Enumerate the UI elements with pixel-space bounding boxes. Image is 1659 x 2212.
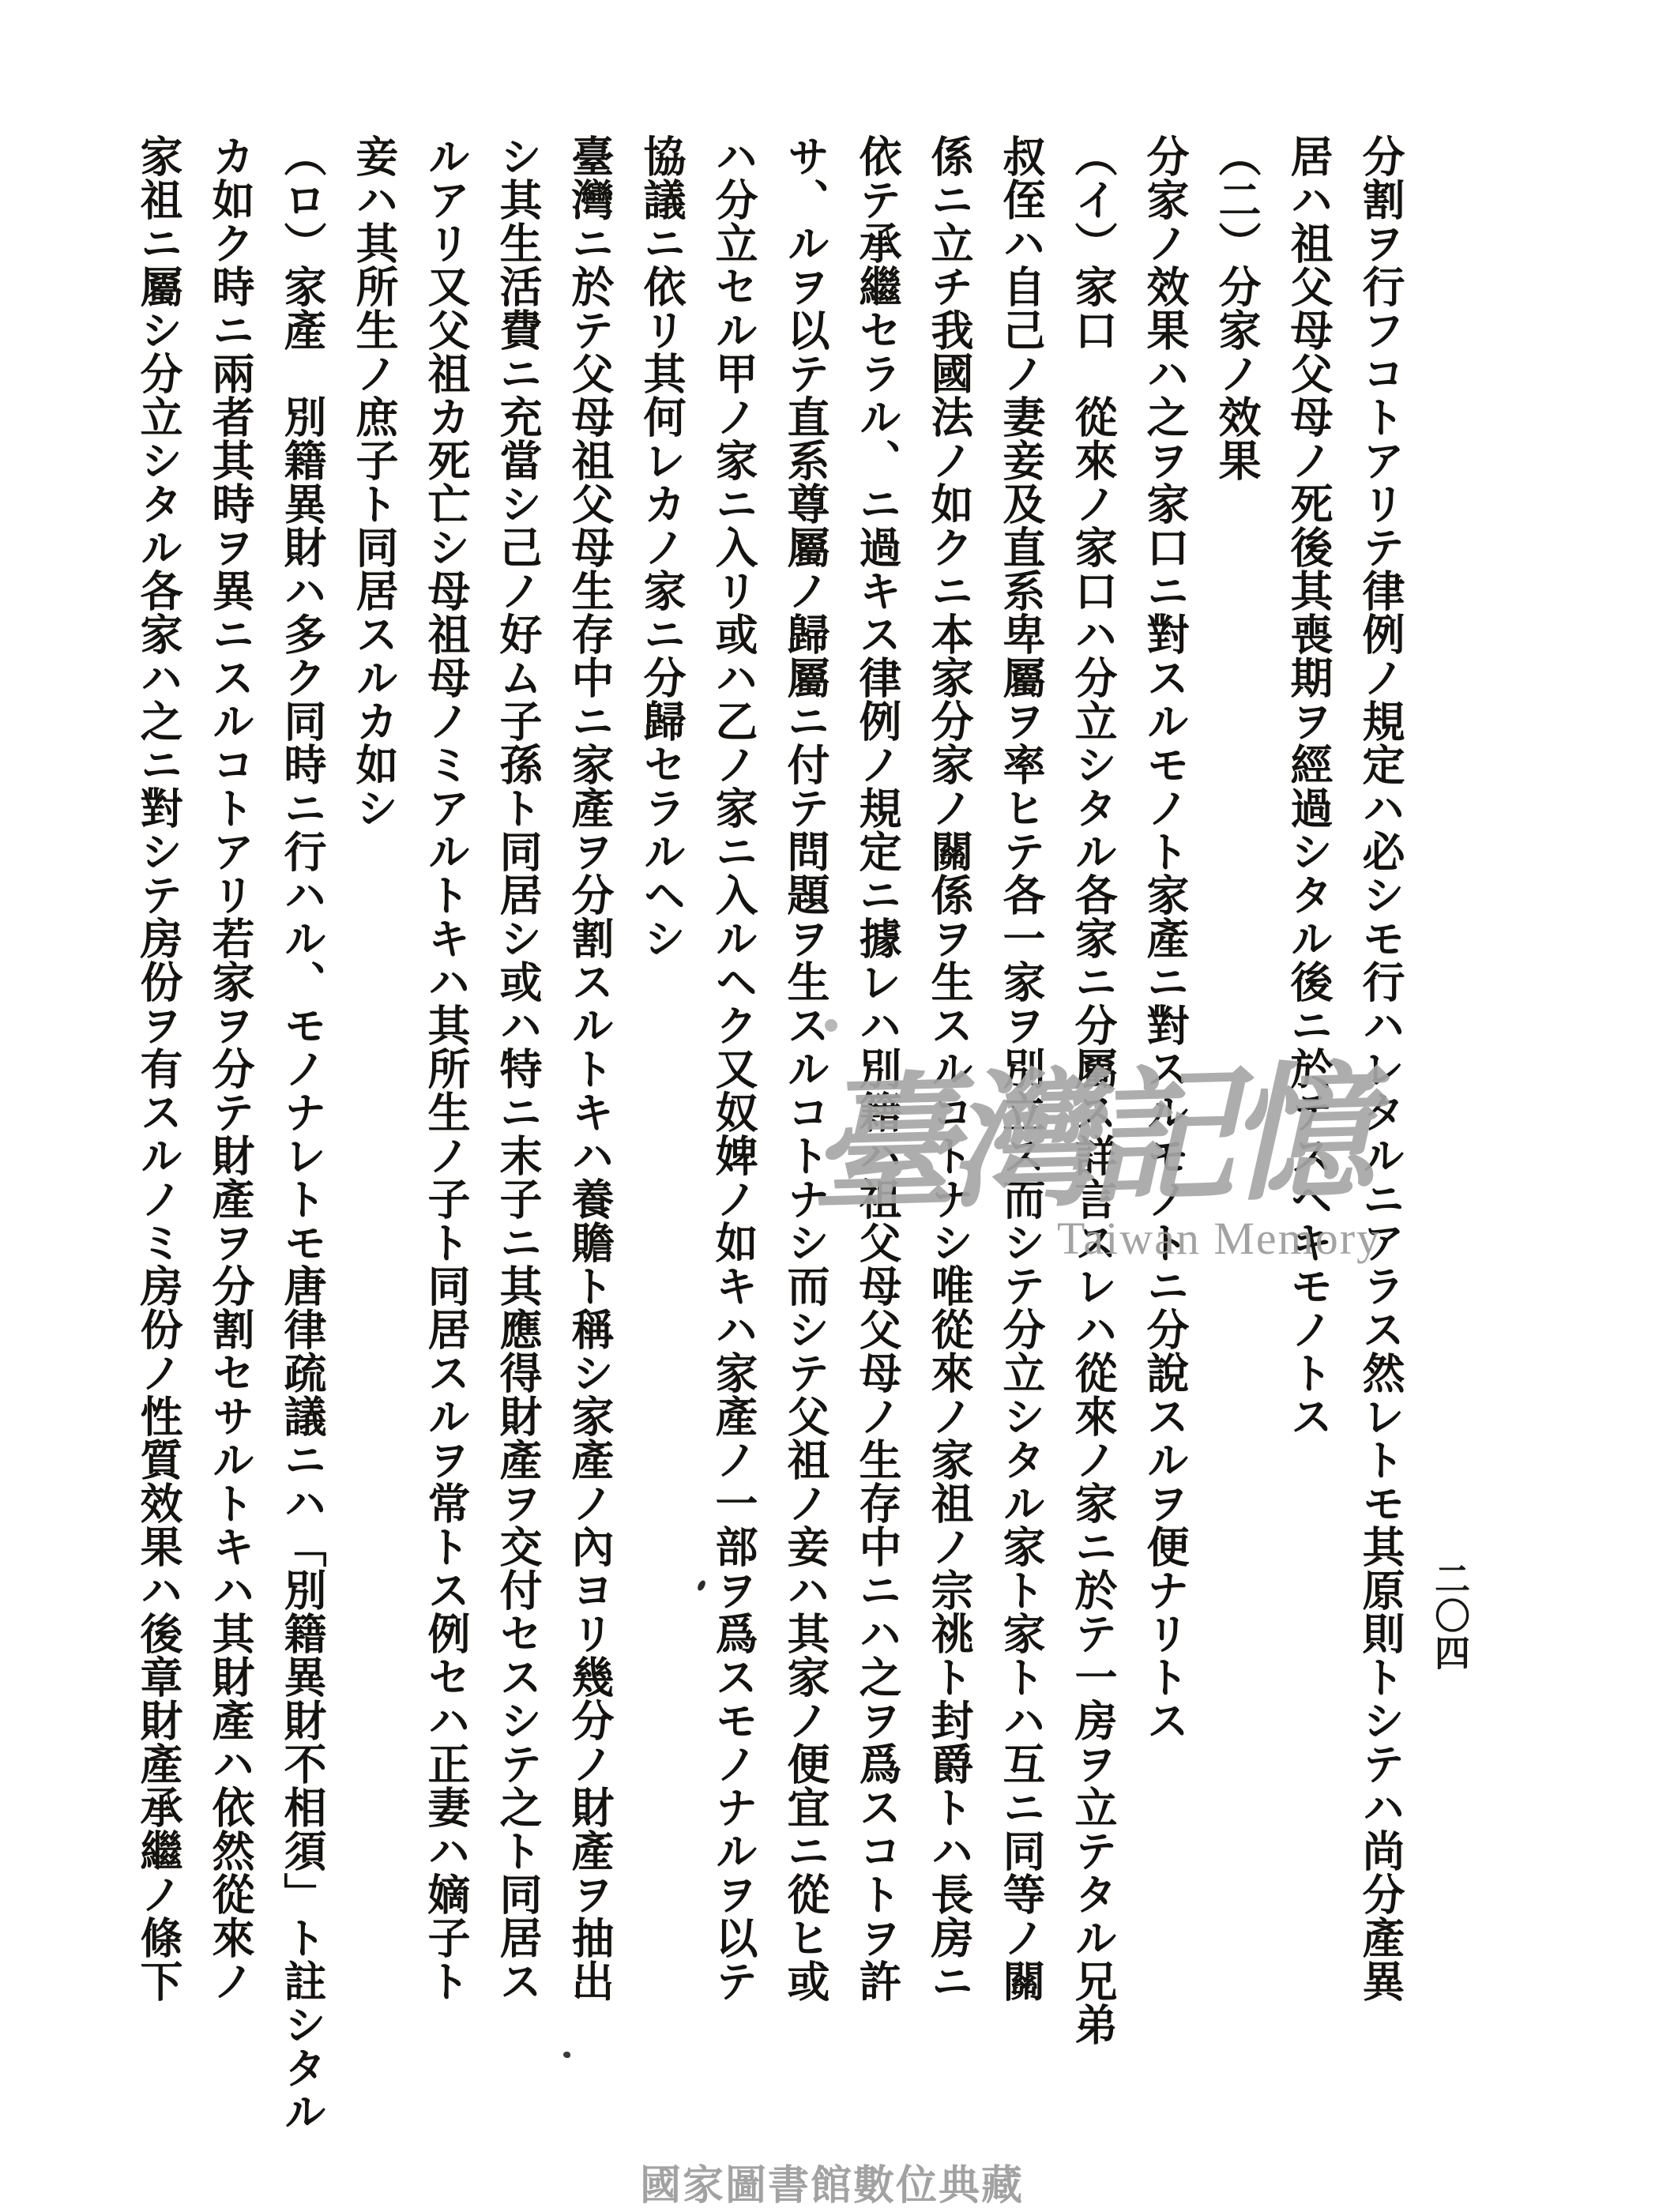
text-column-8: 依テ承繼セラル、ニ過キス律例ノ規定ニ據レハ別籍ハ祖父母父母ノ生存中ニハ之ヲ爲スコ… [841, 134, 912, 2030]
text-column-17: カ如ク時ニ兩者其時ヲ異ニスルコトアリ若家ヲ分テ財產ヲ分割セサルトキハ其財產ハ依然… [194, 134, 265, 2030]
text-column-18: 家祖ニ屬シ分立シタル各家ハ之ニ對シテ房份ヲ有スルノミ房份ノ性質效果ハ後章財產承繼… [122, 134, 194, 2030]
text-column-12: 臺灣ニ於テ父母祖父母生存中ニ家產ヲ分割スルトキハ養贍ト稱シ家產ノ內ヨリ幾分ノ財產… [553, 134, 625, 2030]
text-column-14: ルアリ又父祖カ死亡シ母祖母ノミアルトキハ其所生ノ子ト同居スルヲ常トス例セハ正妻ハ… [409, 134, 481, 2030]
ink-dot-artifact [563, 2052, 570, 2058]
text-column-4: 分家ノ效果ハ之ヲ家口ニ對スルモノト家產ニ對スルモノトニ分說スルヲ便ナリトス [1128, 134, 1200, 2030]
text-column-15: 妾ハ其所生ノ庶子ト同居スルカ如シ [337, 134, 409, 2030]
text-column-11: 協議ニ依リ其何レカノ家ニ分歸セラルヘシ [625, 134, 697, 2030]
text-column-2: 居ハ祖父母父母ノ死後其喪期ヲ經過シタル後ニ於テスヘキモノトス [1272, 134, 1344, 2030]
text-column-3-section-heading: （二）分家ノ效果 [1200, 134, 1272, 2030]
text-column-7: 係ニ立チ我國法ノ如クニ本家分家ノ關係ヲ生スルコトナシ唯從來ノ家祖ノ宗祧ト封爵トハ… [912, 134, 984, 2030]
text-column-6: 叔侄ハ自己ノ妻妾及直系卑屬ヲ率ヒテ各一家ヲ別立ス而シテ分立シタル家ト家トハ互ニ同… [984, 134, 1056, 2030]
text-column-13: シ其生活費ニ充當シ己ノ好ム子孫ト同居シ或ハ特ニ末子ニ其應得財產ヲ交付セスシテ之ト… [481, 134, 553, 2030]
text-column-1: 分割ヲ行フコトアリテ律例ノ規定ハ必シモ行ハレタルニアラス然レトモ其原則トシテハ尚… [1344, 134, 1416, 2030]
text-column-10: ハ分立セル甲ノ家ニ入リ或ハ乙ノ家ニ入ルヘク又奴婢ノ如キハ家產ノ一部ヲ爲スモノナル… [697, 134, 769, 2030]
page-text-block: 分割ヲ行フコトアリテ律例ノ規定ハ必シモ行ハレタルニアラス然レトモ其原則トシテハ尚… [114, 134, 1416, 2030]
footer-library-caption: 國家圖書館數位典藏 [640, 2152, 1024, 2211]
page-number: 二〇四 [1424, 1560, 1475, 1672]
scanned-book-page: { "doc": { "page_number": "二〇四", "column… [0, 0, 1659, 2212]
text-column-9: サ、ルヲ以テ直系尊屬ノ歸屬ニ付テ問題ヲ生スルコトナシ而シテ父祖ノ妾ハ其家ノ便宜ニ… [769, 134, 841, 2030]
text-column-16-subsection-ro: （ロ）家產 別籍異財ハ多ク同時ニ行ハル、モノナレトモ唐律疏議ニハ「別籍異財不相須… [265, 134, 337, 2030]
text-column-5-subsection-i: （イ）家口 從來ノ家口ハ分立シタル各家ニ分屬ス詳言スレハ從來ノ家ニ於テ一房ヲ立テ… [1056, 134, 1128, 2030]
